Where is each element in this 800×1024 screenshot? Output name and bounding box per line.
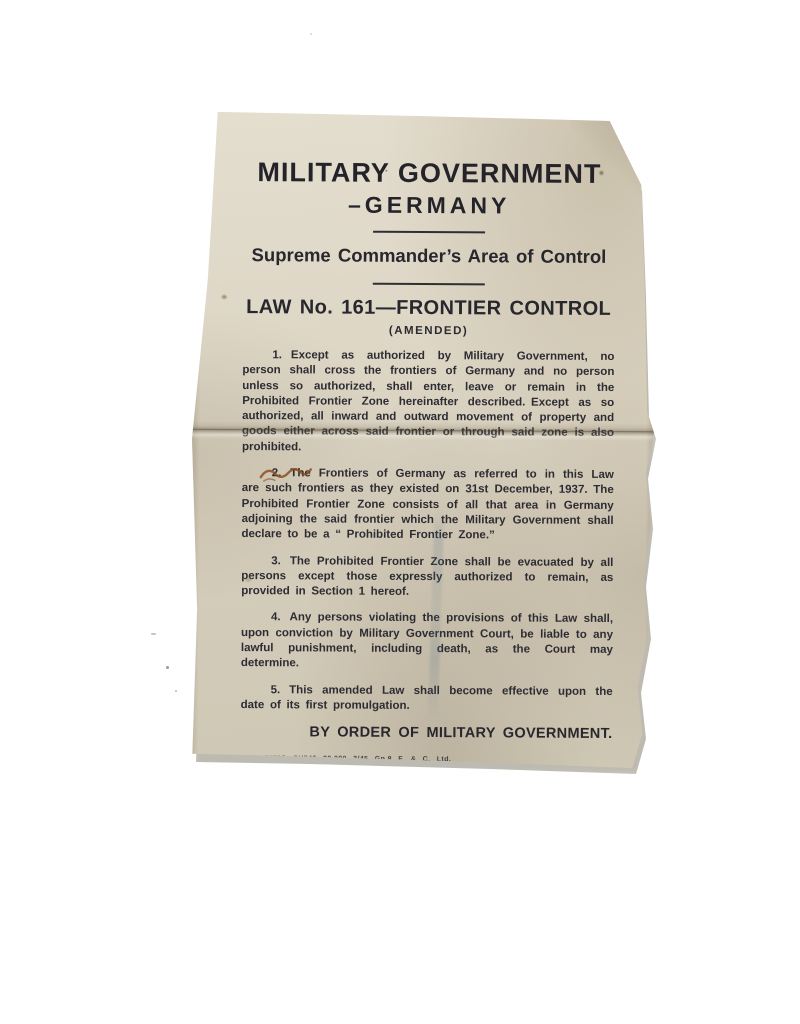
paragraph-text: Except as authorized by Military Governm… (242, 349, 615, 453)
law-title: LAW No. 161—FRONTIER CONTROL (243, 296, 615, 321)
law-paragraph-1: 1.Except as authorized by Military Gover… (242, 348, 615, 457)
paragraph-text: Any persons violating the provisions of … (241, 612, 613, 670)
paragraph-text: This amended Law shall become effective … (241, 684, 613, 712)
fox-spot (245, 577, 251, 582)
poster-subtitle: Supreme Commander’s Area of Control (243, 244, 615, 268)
paragraph-text: The Prohibited Frontier Zone shall be ev… (241, 555, 613, 598)
rust-stain (258, 461, 314, 487)
law-paragraph-3: 3.The Prohibited Frontier Zone shall be … (241, 554, 613, 602)
paragraph-number: 4. (271, 612, 281, 624)
fox-spot (222, 295, 227, 299)
closing-line: BY ORDER OF MILITARY GOVERNMENT. (240, 724, 612, 742)
law-paragraph-5: 5.This amended Law shall become effectiv… (241, 683, 613, 716)
paragraph-number: 1. (272, 349, 282, 361)
law-paragraph-4: 4.Any persons violating the provisions o… (241, 611, 613, 674)
poster-paper: MILITARY GOVERNMENT –GERMANY Supreme Com… (186, 109, 659, 773)
divider-rule-top (373, 231, 485, 234)
amended-label: (AMENDED) (243, 324, 615, 338)
poster-title: MILITARY GOVERNMENT (243, 157, 615, 190)
poster-content: MILITARY GOVERNMENT –GERMANY Supreme Com… (186, 109, 659, 765)
dust-speck (175, 690, 177, 692)
law-paragraphs: 1.Except as authorized by Military Gover… (241, 348, 615, 715)
paragraph-number: 3. (271, 555, 281, 567)
poster-title-germany: –GERMANY (243, 191, 615, 220)
dust-speck (166, 666, 169, 669)
dust-speck (310, 33, 312, 35)
paragraph-number: 5. (271, 684, 281, 696)
dust-speck (151, 633, 156, 635)
fox-spot (385, 170, 387, 172)
photo-scene: MILITARY GOVERNMENT –GERMANY Supreme Com… (0, 0, 800, 1024)
fox-spot (599, 171, 603, 175)
divider-rule-middle (373, 283, 485, 286)
